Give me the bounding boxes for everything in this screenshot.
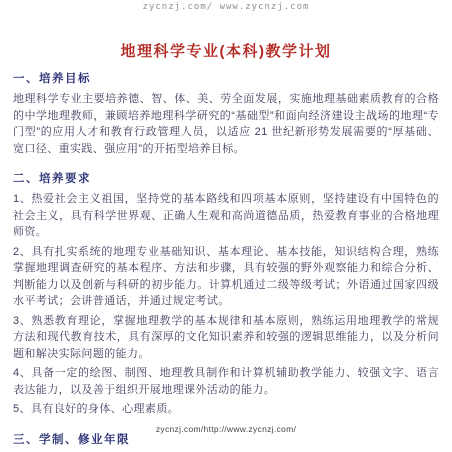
requirement-item-2: 2、具有扎实系统的地理专业基础知识、基本理论、基本技能，知识结构合理，熟练掌握地… [13,244,439,310]
requirement-item-5: 5、具有良好的身体、心理素质。 [13,401,439,418]
watermark-footer: zycnzj.com/http://www.zycnzj.com/ [0,424,452,434]
section-heading-training-objectives: 一、培养目标 [13,70,439,86]
paragraph-training-objectives: 地理科学专业主要培养德、智、体、美、劳全面发展，实施地理基础素质教育的合格的中学… [13,91,439,157]
section-heading-training-requirements: 二、培养要求 [13,170,439,186]
requirement-item-4: 4、具备一定的绘图、制图、地理教具制作和计算机辅助教学能力、较强文字、语言表达能… [13,365,439,398]
requirement-item-1: 1、热爱社会主义祖国，坚持党的基本路线和四项基本原则，坚持建设有中国特色的社会主… [13,191,439,241]
document-page: zycnzj.com/ www.zycnzj.com 地理科学专业(本科)教学计… [0,0,452,452]
watermark-header: zycnzj.com/ www.zycnzj.com [0,2,452,12]
document-body: 一、培养目标 地理科学专业主要培养德、智、体、美、劳全面发展，实施地理基础素质教… [0,70,452,447]
requirement-item-3: 3、熟悉教育理论，掌握地理教学的基本规律和基本原则，熟练运用地理教学的常规方法和… [13,313,439,363]
